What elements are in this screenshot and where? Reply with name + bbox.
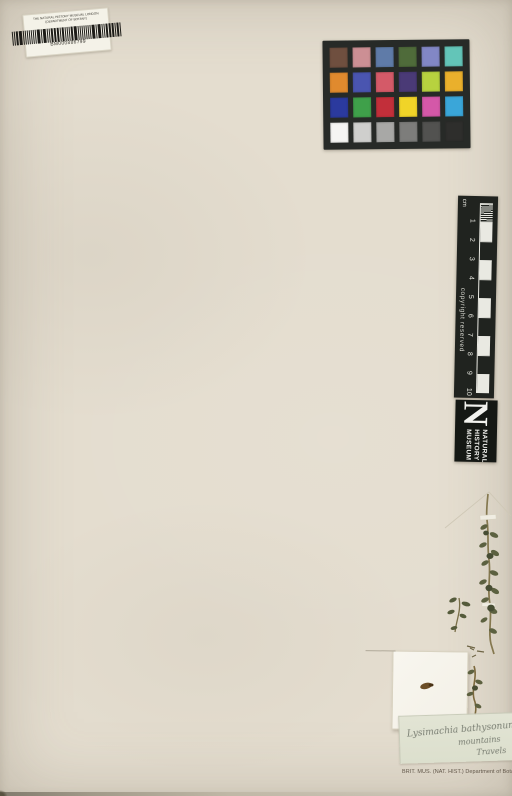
ruler-segment: [479, 298, 491, 317]
ruler-number: 10: [462, 385, 472, 399]
color-patch: [376, 97, 394, 117]
color-patch: [399, 47, 417, 67]
ruler-number: 1: [465, 214, 475, 228]
barcode-label: THE NATURAL HISTORY MUSEUM, LONDON (DEPA…: [22, 7, 111, 57]
ruler-copyright-text: copyright reserved: [458, 288, 466, 352]
ruler-segment: [480, 222, 492, 241]
color-patch: [353, 47, 371, 67]
ruler-segment: [478, 317, 490, 336]
sheet-corner-shadow: [0, 781, 14, 796]
ruler-numbers: 12345678910: [458, 196, 498, 197]
ruler-number: 4: [464, 271, 474, 285]
color-patch: [330, 98, 348, 118]
color-patch: [422, 47, 440, 67]
color-patch: [399, 72, 417, 92]
color-patch: [445, 71, 463, 91]
nhm-logo-words: NATURAL HISTORY MUSEUM: [464, 429, 488, 462]
color-patch: [376, 122, 394, 142]
ruler-segment: [480, 241, 492, 260]
color-patch: [399, 122, 417, 142]
color-patch: [330, 73, 348, 93]
ruler-segment: [479, 260, 491, 279]
determination-label: Lysimachia bathysonum+ mountains Travels: [398, 712, 512, 764]
ruler-segment: [479, 279, 491, 298]
color-patch: [399, 97, 417, 117]
barcode-bar: [119, 22, 121, 36]
institution-stamp: BRIT. MUS. (NAT. HIST.) Department of Bo…: [402, 769, 488, 774]
nhm-logo-word: HISTORY: [471, 429, 480, 462]
scale-bar: cm 12345678910 copyright reserved: [454, 196, 498, 399]
color-patch: [353, 122, 371, 142]
ruler-segment: [477, 374, 489, 393]
ruler-segment: [478, 336, 490, 355]
color-patch: [376, 47, 394, 67]
color-patch: [422, 72, 440, 92]
color-patch: [422, 122, 440, 142]
ruler-unit-label: cm: [461, 199, 467, 207]
color-checker-chart: [322, 39, 470, 150]
color-patch: [330, 123, 348, 143]
handwritten-line2: mountains: [458, 735, 501, 748]
handwritten-line3: Travels: [476, 746, 506, 757]
pencil-line: [366, 650, 396, 651]
color-patch: [353, 72, 371, 92]
nhm-logo-inner: N NATURAL HISTORY MUSEUM: [455, 401, 496, 462]
ruler-number: 9: [462, 366, 472, 380]
ruler-segments: [476, 203, 493, 393]
nhm-logo: N NATURAL HISTORY MUSEUM: [454, 400, 497, 463]
color-patch: [444, 46, 462, 66]
sheet-bottom-edge: [0, 792, 512, 796]
ruler-segment: [477, 355, 489, 374]
color-patch: [330, 48, 348, 68]
nhm-logo-letter-icon: N: [459, 401, 495, 427]
herbarium-sheet: THE NATURAL HISTORY MUSEUM, LONDON (DEPA…: [0, 0, 512, 796]
nhm-logo-word: NATURAL: [479, 429, 488, 462]
color-patch: [445, 121, 463, 141]
color-patch: [353, 97, 371, 117]
ruler-number: 3: [465, 252, 475, 266]
color-patch: [376, 72, 394, 92]
ruler-number: 2: [465, 233, 475, 247]
seed-fragment: [417, 680, 437, 692]
color-patch: [422, 97, 440, 117]
color-patch: [445, 96, 463, 116]
ruler-segment: [481, 203, 493, 222]
plant-specimen: [437, 486, 512, 656]
nhm-logo-word: MUSEUM: [464, 429, 473, 462]
